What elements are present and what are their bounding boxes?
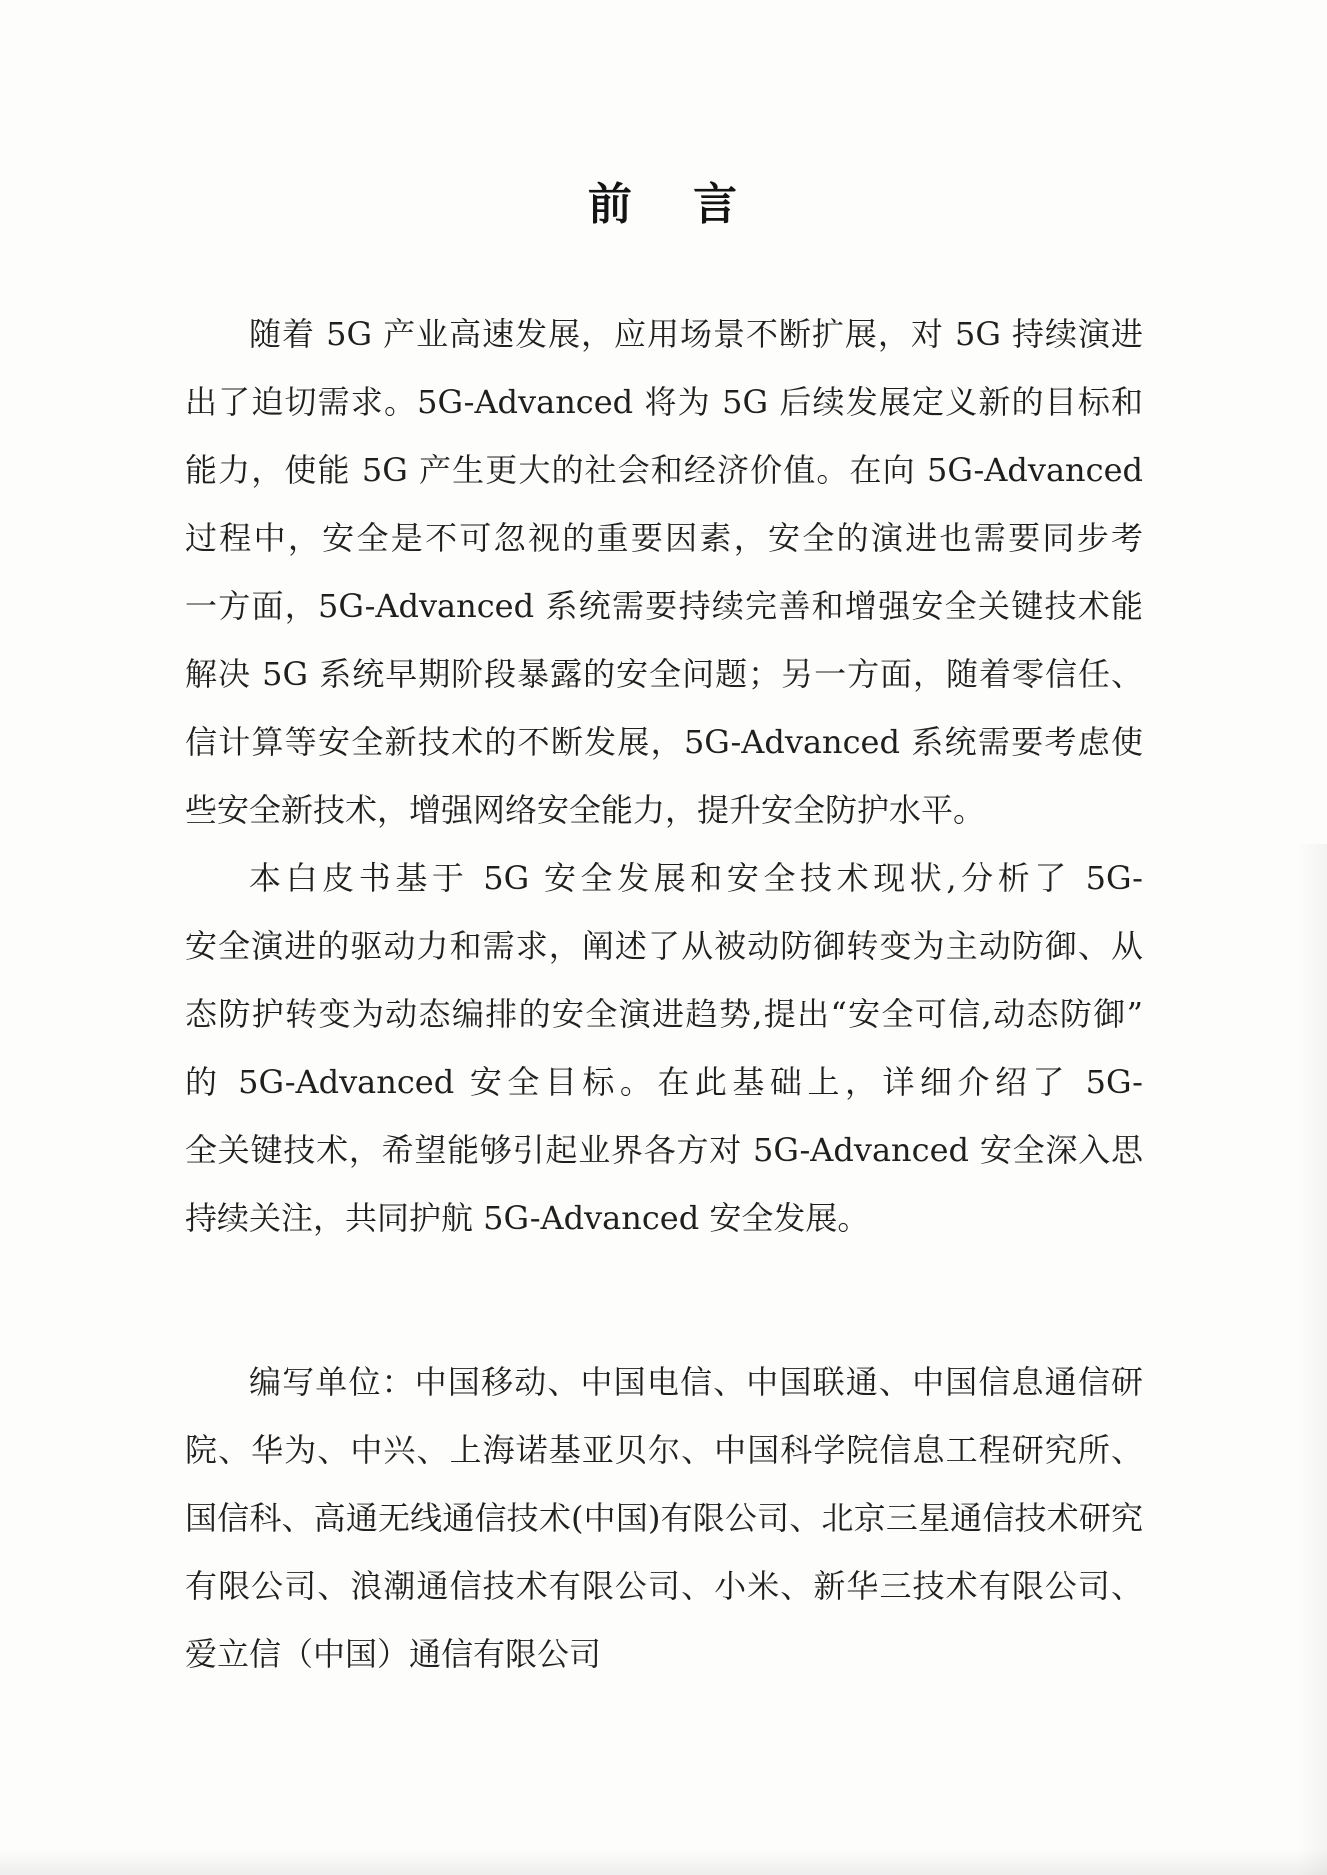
paragraph-line: 全关键技术，希望能够引起业界各方对 5G-Advanced 安全深入思考和 (185, 1116, 1143, 1184)
paragraph-line: 的 5G-Advanced 安全目标。在此基础上，详细介绍了 5G-Advanc… (185, 1048, 1143, 1116)
paragraph-line: 国信科、高通无线通信技术(中国)有限公司、北京三星通信技术研究 (185, 1484, 1143, 1552)
paragraph-line: 随着 5G 产业高速发展，应用场景不断扩展，对 5G 持续演进提 (185, 300, 1143, 368)
paragraph-line: 能力，使能 5G 产生更大的社会和经济价值。在向 5G-Advanced 演进 (185, 436, 1143, 504)
paragraph-whitepaper-summary: 本白皮书基于 5G 安全发展和安全技术现状,分析了 5G-Advanced 安全… (185, 844, 1143, 1252)
paragraph-line: 院、华为、中兴、上海诺基亚贝尔、中国科学院信息工程研究所、中 (185, 1416, 1143, 1484)
paragraph-line: 过程中，安全是不可忽视的重要因素，安全的演进也需要同步考虑。 (185, 504, 1143, 572)
paragraph-line: 些安全新技术，增强网络安全能力，提升安全防护水平。 (185, 776, 1143, 844)
paragraph-line: 有限公司、浪潮通信技术有限公司、小米、新华三技术有限公司、OPPO、 (185, 1552, 1143, 1620)
paragraph-line: 解决 5G 系统早期阶段暴露的安全问题；另一方面，随着零信任、可 (185, 640, 1143, 708)
paragraph-line: 一方面，5G-Advanced 系统需要持续完善和增强安全关键技术能力， (185, 572, 1143, 640)
paragraph-contributors: 编写单位：中国移动、中国电信、中国联通、中国信息通信研究 院、华为、中兴、上海诺… (185, 1348, 1143, 1688)
paragraph-line: 爱立信（中国）通信有限公司 (185, 1620, 1143, 1688)
paragraph-line: 本白皮书基于 5G 安全发展和安全技术现状,分析了 5G-Advanced (185, 844, 1143, 912)
paragraph-line: 态防护转变为动态编排的安全演进趋势,提出“安全可信,动态防御” (185, 980, 1143, 1048)
paragraph-line: 出了迫切需求。5G-Advanced 将为 5G 后续发展定义新的目标和新的 (185, 368, 1143, 436)
document-body: 随着 5G 产业高速发展，应用场景不断扩展，对 5G 持续演进提 出了迫切需求。… (185, 300, 1143, 1688)
paragraph-line: 信计算等安全新技术的不断发展，5G-Advanced 系统需要考虑使用这 (185, 708, 1143, 776)
page-title: 前 言 (0, 168, 1327, 232)
paragraph-line: 安全演进的驱动力和需求，阐述了从被动防御转变为主动防御、从静 (185, 912, 1143, 980)
document-page: 前 言 随着 5G 产业高速发展，应用场景不断扩展，对 5G 持续演进提 出了迫… (0, 0, 1327, 1875)
scan-shadow-right (1297, 844, 1327, 1875)
paragraph-intro: 随着 5G 产业高速发展，应用场景不断扩展，对 5G 持续演进提 出了迫切需求。… (185, 300, 1143, 844)
scan-shadow-bottom (0, 1849, 1327, 1875)
paragraph-line: 编写单位：中国移动、中国电信、中国联通、中国信息通信研究 (185, 1348, 1143, 1416)
paragraph-line: 持续关注，共同护航 5G-Advanced 安全发展。 (185, 1184, 1143, 1252)
